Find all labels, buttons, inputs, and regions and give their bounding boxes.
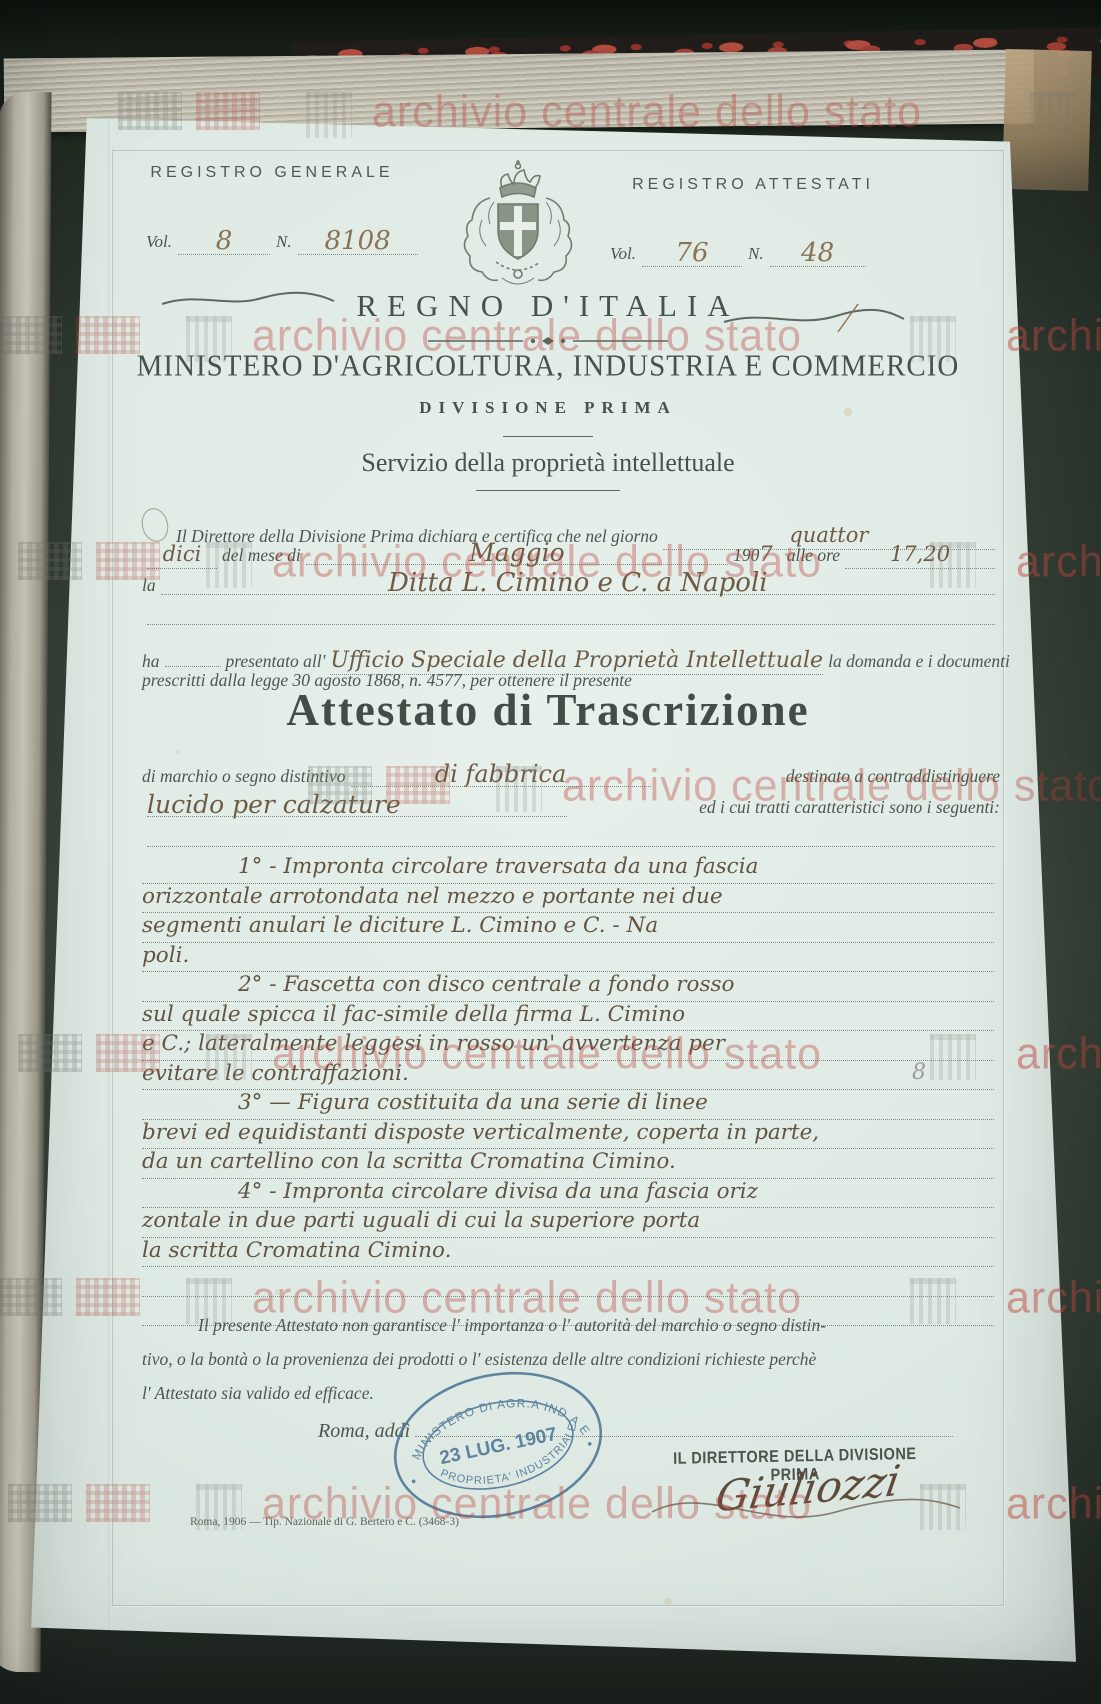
subject-line: di marchio o segno distintivo di fabbric…: [142, 760, 1000, 790]
subject-line: [142, 820, 1000, 850]
kingdom-heading: REGNO D'ITALIA: [108, 288, 988, 324]
handwritten-line: evitare le contraffazioni.: [142, 1061, 994, 1091]
handwritten-text: sul quale spicca il fac-simile della fir…: [142, 1002, 685, 1027]
vol-field: 8: [178, 224, 270, 255]
handwritten-text: zontale in due parti uguali di cui la su…: [142, 1208, 700, 1233]
fill-field-empty: [147, 598, 995, 625]
n-field: 8108: [298, 224, 418, 255]
watermark-text-fragment: archiv: [1006, 311, 1101, 362]
handwritten-line: brevi ed equidistanti disposte verticalm…: [142, 1120, 994, 1150]
stamp-arc-top-text: MINISTERO DI AGR.A IND.A E COMM.O: [401, 1379, 594, 1474]
printed-text: del mese di: [222, 545, 301, 566]
printed-text: la: [142, 575, 156, 596]
document-page: REGISTRO GENERALE REGISTRO ATTESTATI Vol…: [28, 112, 1076, 1668]
fill-field-empty: [165, 640, 221, 667]
fill-field: Maggio: [306, 538, 728, 565]
printed-text: ed i cui tratti caratteristici sono i se…: [572, 797, 1000, 818]
handwritten-line: 4° - Impronta circolare divisa da una fa…: [142, 1179, 994, 1209]
heading-divider-ornament: [108, 334, 988, 348]
handwritten-line: la scritta Cromatina Cimino.: [142, 1238, 994, 1268]
handwritten-text: segmenti anulari le diciture L. Cimino e…: [142, 913, 658, 938]
registro-generale-label: REGISTRO GENERALE: [92, 164, 452, 182]
signature-flourish: [646, 1478, 966, 1538]
handwritten-line: 2° - Fascetta con disco centrale a fondo…: [142, 972, 994, 1002]
handwritten-text: 3° — Figura costituita da una serie di l…: [238, 1090, 708, 1115]
short-rule: [476, 490, 620, 491]
subject-line: lucido per calzature ed i cui tratti car…: [142, 790, 1000, 820]
handwritten-text: evitare le contraffazioni.: [142, 1061, 409, 1086]
blank-ruled-line: [142, 1267, 994, 1297]
handwritten-text: la scritta Cromatina Cimino.: [142, 1238, 451, 1263]
mark-description-body: 1° - Impronta circolare traversata da un…: [142, 854, 994, 1326]
service-heading: Servizio della proprietà intellettuale: [108, 448, 988, 478]
printer-imprint: Roma, 1906 — Tip. Nazionale di G. Berter…: [190, 1516, 459, 1528]
closing-line: Il presente Attestato non garantisce l' …: [142, 1308, 1000, 1342]
handwritten-product: lucido per calzature: [147, 790, 401, 819]
handwritten-text: da un cartellino con la scritta Cromatin…: [142, 1149, 676, 1174]
vol-value-handwritten: 8: [216, 226, 233, 256]
register-left-values: Vol. 8 N. 8108: [146, 224, 456, 255]
handwritten-line: 3° — Figura costituita da una serie di l…: [142, 1090, 994, 1120]
printed-year-prefix: 190: [733, 545, 759, 566]
printed-text: destinato a contraddistinguere: [656, 766, 1000, 787]
handwritten-text: orizzontale arrotondata nel mezzo e port…: [142, 884, 723, 909]
savoy-coat-of-arms-icon: [442, 158, 594, 300]
fill-field-empty: [147, 820, 995, 847]
handwritten-line: zontale in due parti uguali di cui la su…: [142, 1208, 994, 1238]
handwritten-text: dici: [163, 542, 202, 566]
handwritten-line: orizzontale arrotondata nel mezzo e port…: [142, 884, 994, 914]
printed-text: presentato all': [226, 651, 326, 672]
subject-block: di marchio o segno distintivo di fabbric…: [142, 760, 1000, 850]
certificate-title: Attestato di Trascrizione: [108, 684, 988, 736]
n-value-handwritten: 48: [801, 238, 834, 268]
vol-value-handwritten: 76: [675, 238, 708, 268]
handwritten-company: Ditta L. Cimino e C. a Napoli: [388, 568, 768, 598]
register-right-values: Vol. 76 N. 48: [610, 236, 910, 267]
handwritten-mark-type: di fabbrica: [435, 760, 566, 788]
short-rule: [503, 436, 593, 437]
handwritten-text: brevi ed equidistanti disposte verticalm…: [142, 1120, 819, 1145]
printed-text: ha: [142, 651, 160, 672]
declaration-line: Il Direttore della Divisione Prima dichi…: [142, 508, 1000, 538]
division-heading: DIVISIONE PRIMA: [108, 398, 988, 418]
fill-field: dici: [147, 542, 217, 569]
fill-field: Ditta L. Cimino e C. a Napoli: [161, 568, 995, 595]
handwritten-line: sul quale spicca il fac-simile della fir…: [142, 1002, 994, 1032]
vol-label: Vol.: [610, 244, 636, 264]
handwritten-text: 4° - Impronta circolare divisa da una fa…: [238, 1179, 758, 1204]
handwritten-line: 1° - Impronta circolare traversata da un…: [142, 854, 994, 884]
handwritten-line: da un cartellino con la scritta Cromatin…: [142, 1149, 994, 1179]
handwritten-time: 17,20: [890, 542, 950, 566]
handwritten-text: poli.: [142, 943, 189, 968]
pencil-margin-note: 8: [912, 1060, 926, 1085]
declaration-line: la Ditta L. Cimino e C. a Napoli: [142, 568, 1000, 598]
ministry-heading: MINISTERO D'AGRICOLTURA, INDUSTRIA E COM…: [108, 349, 988, 384]
handwritten-text: e C.; lateralmente leggesi in rosso un' …: [142, 1031, 725, 1056]
handwritten-month: Maggio: [469, 538, 565, 567]
printed-text: la domanda e i documenti: [828, 651, 1010, 672]
handwritten-line: segmenti anulari le diciture L. Cimino e…: [142, 913, 994, 943]
n-field: 48: [770, 236, 866, 267]
vol-field: 76: [642, 236, 742, 267]
vol-label: Vol.: [146, 232, 172, 252]
handwritten-text: 2° - Fascetta con disco centrale a fondo…: [238, 972, 734, 997]
declaration-line: [142, 598, 1000, 628]
n-value-handwritten: 8108: [324, 226, 390, 256]
handwritten-text: 1° - Impronta circolare traversata da un…: [238, 854, 758, 879]
handwritten-line: e C.; lateralmente leggesi in rosso un' …: [142, 1031, 994, 1061]
archival-photo: REGISTRO GENERALE REGISTRO ATTESTATI Vol…: [0, 0, 1101, 1704]
fill-field: lucido per calzature: [147, 790, 567, 817]
n-label: N.: [276, 232, 292, 252]
declaration-line: ha presentato all' Ufficio Speciale dell…: [142, 640, 1000, 670]
handwritten-year-digit: 7: [759, 542, 772, 566]
fill-field: 17,20: [845, 542, 995, 569]
svg-text:MINISTERO DI AGR.A IND.A E COM: MINISTERO DI AGR.A IND.A E COMM.O: [401, 1379, 594, 1474]
book-edge-strip: [1002, 49, 1092, 191]
n-label: N.: [748, 244, 764, 264]
printed-text: alle ore: [787, 545, 840, 566]
handwritten-line: poli.: [142, 943, 994, 973]
declaration-block: Il Direttore della Divisione Prima dichi…: [142, 508, 1000, 700]
printed-text: di marchio o segno distintivo: [142, 766, 346, 787]
registro-attestati-label: REGISTRO ATTESTATI: [568, 176, 938, 194]
fill-field: di fabbrica: [351, 760, 651, 787]
